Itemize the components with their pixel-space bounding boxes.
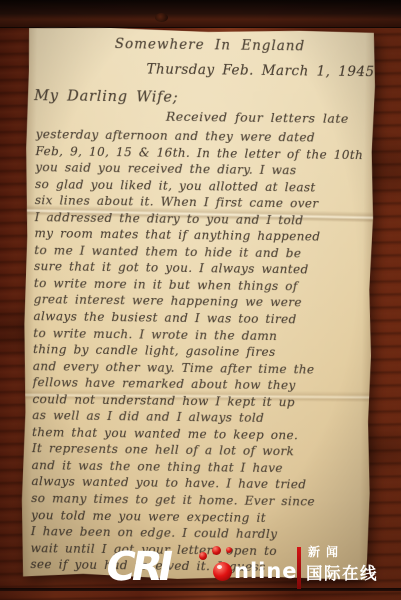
letter-opening-line: Received four letters late xyxy=(166,109,349,126)
letter-body: yesterday afternoon and they were dated … xyxy=(30,126,371,580)
letter-paper-wrapper: Somewhere In England Thursday Feb. March… xyxy=(20,27,376,581)
table-edge-shadow xyxy=(0,0,401,13)
letter-date-line: Thursday Feb. March 1, 1945 xyxy=(146,61,374,80)
letter-salutation: My Darling Wife; xyxy=(34,88,178,106)
letter-place-line: Somewhere In England xyxy=(115,36,306,54)
letter-paper: Somewhere In England Thursday Feb. March… xyxy=(20,27,376,581)
wood-knot xyxy=(155,13,168,22)
photo-of-letter: Somewhere In England Thursday Feb. March… xyxy=(0,0,401,600)
wood-plank-seam-bottom xyxy=(0,588,401,591)
wood-plank-seam xyxy=(0,13,401,28)
